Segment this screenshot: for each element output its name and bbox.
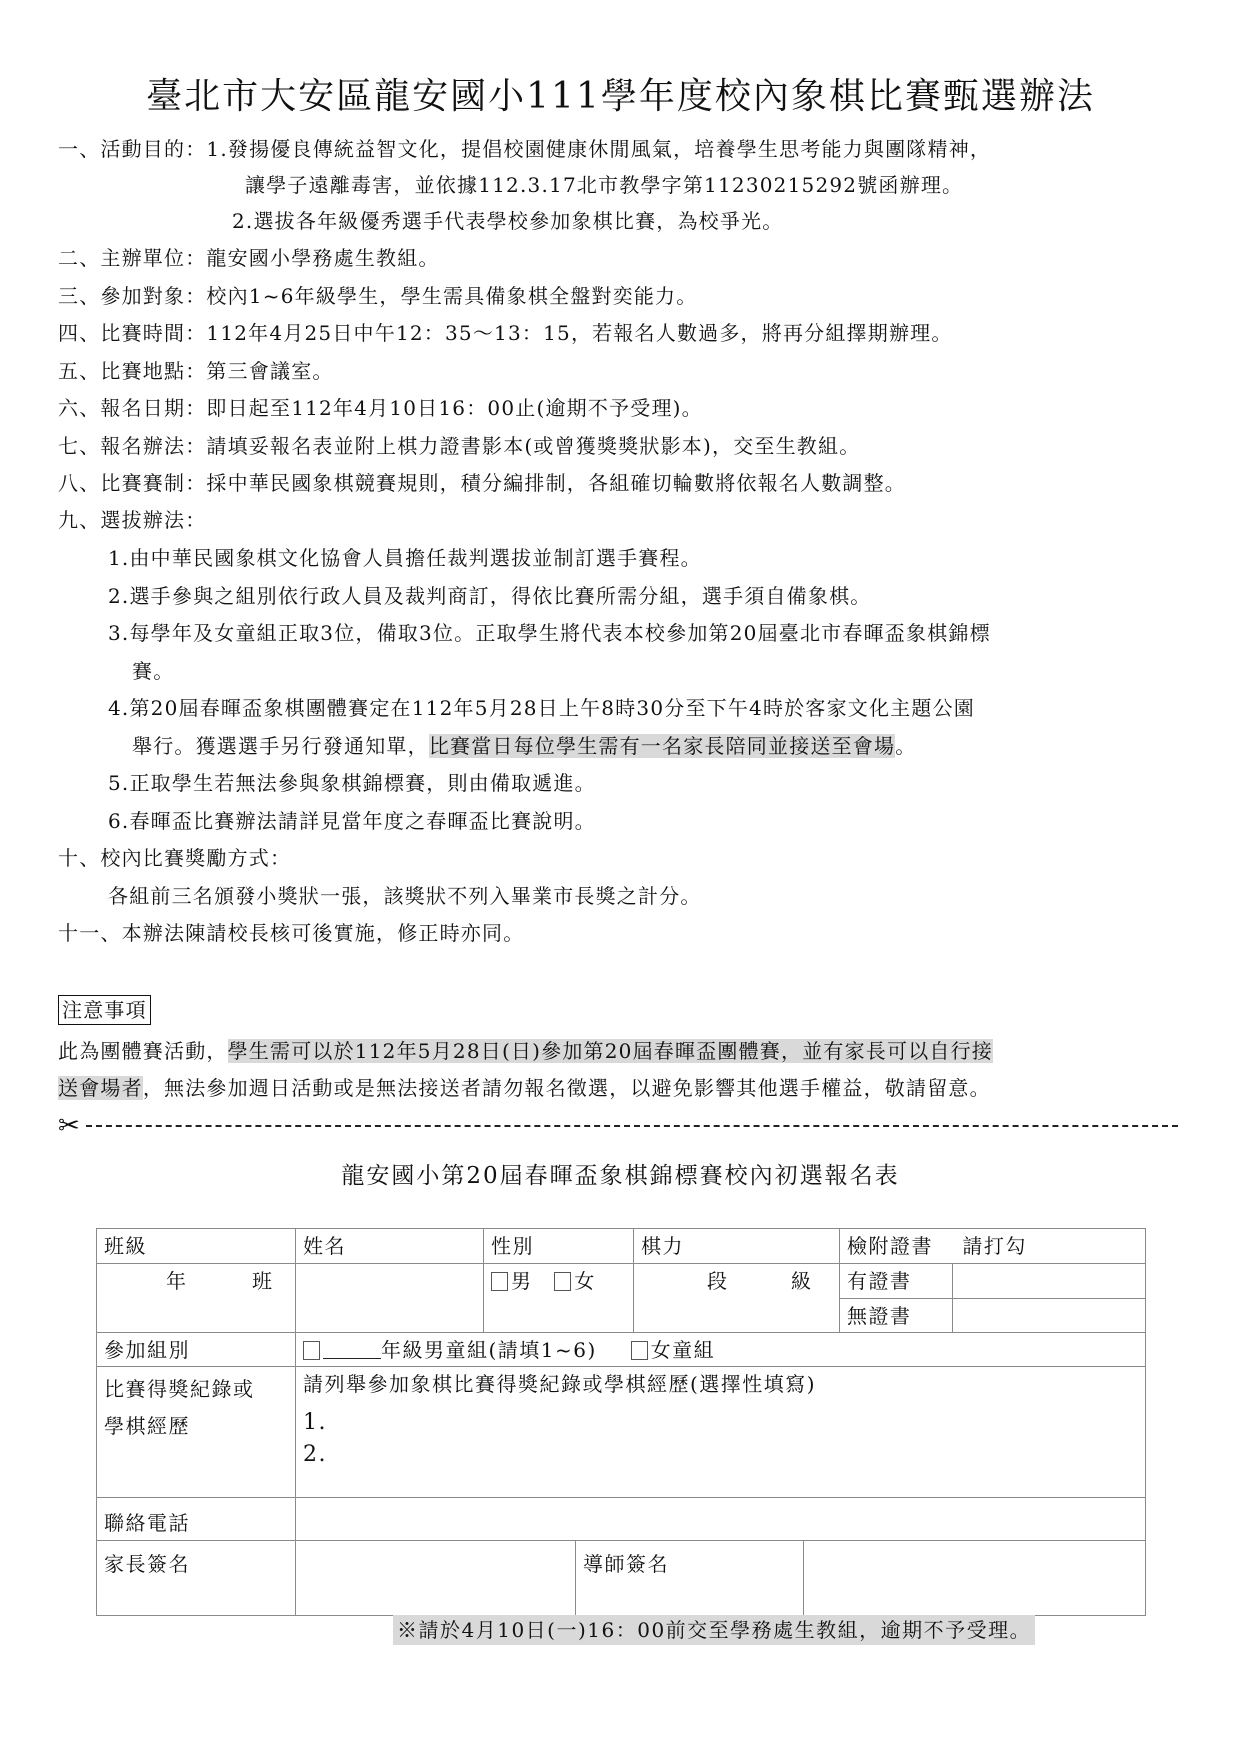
section-text: 採中華民國象棋競賽規則，積分編排制，各組確切輪數將依報名人數調整。 <box>206 471 906 495</box>
section-text: 112年4月25日中午12：35～13：15，若報名人數過多，將再分組擇期辦理。 <box>206 321 952 345</box>
section-purpose-line2: 讓學子遠離毒害，並依據112.3.17北市教學字第11230215292號函辦理… <box>245 172 963 198</box>
group-label: 參加組別 <box>96 1333 295 1367</box>
form-title: 龍安國小第20屆春暉盃象棋錦標賽校內初選報名表 <box>0 1160 1241 1192</box>
phone-label: 聯絡電話 <box>96 1506 295 1540</box>
dashed-divider <box>86 1125 1178 1127</box>
notice-plain: 此為團體賽活動， <box>58 1039 228 1063</box>
section-format: 八、比賽賽制：採中華民國象棋競賽規則，積分編排制，各組確切輪數將依報名人數調整。 <box>58 470 906 496</box>
gender-female-option[interactable]: 女 <box>554 1269 596 1293</box>
header-name: 姓名 <box>295 1229 483 1263</box>
section-text: 第三會議室。 <box>206 359 333 383</box>
section-text: 請填妥報名表並附上棋力證書影本(或曾獲獎獎狀影本)，交至生教組。 <box>206 434 860 458</box>
selection-item-3-cont: 賽。 <box>132 658 174 684</box>
scissors-icon: ✂ <box>58 1113 80 1139</box>
section-organizer: 二、主辦單位：龍安國小學務處生教組。 <box>58 245 440 271</box>
selection-item-4-end: 。 <box>895 734 916 758</box>
gender-options: 男 女 <box>483 1264 633 1298</box>
section-registration-date: 六、報名日期：即日起至112年4月10日16：00止(逾期不予受理)。 <box>58 395 703 421</box>
cut-line: ✂ <box>58 1113 1178 1139</box>
header-certificate: 檢附證書 請打勾 <box>839 1229 1145 1263</box>
record-prompt: 請列舉參加象棋比賽得獎紀錄或學棋經歷(選擇性填寫) <box>303 1371 1137 1397</box>
class-field[interactable]: 年 班 <box>96 1264 295 1332</box>
checkbox-female[interactable] <box>554 1272 571 1291</box>
teacher-signature-field[interactable] <box>803 1541 1145 1616</box>
selection-item-4: 4.第20屆春暉盃象棋團體賽定在112年5月28日上午8時30分至下午4時於客家… <box>108 695 975 721</box>
selection-item-3: 3.每學年及女童組正取3位，備取3位。正取學生將代表本校參加第20屆臺北市春暉盃… <box>108 620 991 646</box>
boys-group-label: 年級男童組(請填1~6) <box>381 1338 597 1362</box>
group-options: 年級男童組(請填1~6) 女童組 <box>295 1333 1145 1367</box>
submission-deadline-note: ※請於4月10日(一)16：00前交至學務處生教組，逾期不予受理。 <box>393 1615 1035 1645</box>
checkbox-boys-group[interactable] <box>303 1341 320 1360</box>
skill-field[interactable]: 段 級 <box>633 1264 839 1332</box>
section-text: 即日起至112年4月10日16：00止(逾期不予受理)。 <box>206 396 702 420</box>
document-title: 臺北市大安區龍安國小111學年度校內象棋比賽甄選辦法 <box>0 72 1241 122</box>
checkbox-girls-group[interactable] <box>631 1341 648 1360</box>
gender-male-option[interactable]: 男 <box>491 1269 533 1293</box>
selection-item-2: 2.選手參與之組別依行政人員及裁判商訂，得依比賽所需分組，選手須自備象棋。 <box>108 583 871 609</box>
checkbox-male[interactable] <box>491 1272 508 1291</box>
section-label: 五、比賽地點： <box>58 359 206 383</box>
section-awards-text: 各組前三名頒發小獎狀一張，該獎狀不列入畢業市長獎之計分。 <box>108 883 702 909</box>
section-purpose-line3: 2.選拔各年級優秀選手代表學校參加象棋比賽，為校爭光。 <box>232 208 783 234</box>
cert-yes-check[interactable] <box>952 1264 1145 1298</box>
section-time: 四、比賽時間：112年4月25日中午12：35～13：15，若報名人數過多，將再… <box>58 320 953 346</box>
section-label: 三、參加對象： <box>58 284 206 308</box>
section-text: 龍安國小學務處生教組。 <box>206 246 439 270</box>
section-label: 二、主辦單位： <box>58 246 206 270</box>
section-label: 六、報名日期： <box>58 396 206 420</box>
selection-item-1: 1.由中華民國象棋文化協會人員擔任裁判選拔並制訂選手賽程。 <box>108 545 702 571</box>
phone-input[interactable] <box>295 1498 1145 1540</box>
section-text: 1.發揚優良傳統益智文化，提倡校園健康休閒風氣，培養學生思考能力與團隊精神， <box>206 137 991 161</box>
notice-line-1: 此為團體賽活動，學生需可以於112年5月28日(日)參加第20屆春暉盃團體賽，並… <box>58 1038 993 1064</box>
header-class: 班級 <box>96 1229 295 1263</box>
section-registration-method: 七、報名辦法：請填妥報名表並附上棋力證書影本(或曾獲獎獎狀影本)，交至生教組。 <box>58 433 860 459</box>
header-gender: 性別 <box>483 1229 633 1263</box>
notice-highlight: 送會場者 <box>58 1076 143 1100</box>
cert-yes-label: 有證書 <box>839 1264 952 1298</box>
notice-line-2: 送會場者，無法參加週日活動或是無法接送者請勿報名徵選，以避免影響其他選手權益，敬… <box>58 1075 991 1101</box>
kyu-label: 級 <box>791 1268 813 1294</box>
grade-input[interactable] <box>323 1340 381 1359</box>
cert-no-label: 無證書 <box>839 1299 952 1333</box>
section-label: 四、比賽時間： <box>58 321 206 345</box>
parent-signature-field[interactable] <box>295 1541 575 1616</box>
section-participants: 三、參加對象：校內1~6年級學生，學生需具備象棋全盤對奕能力。 <box>58 283 697 309</box>
section-label: 八、比賽賽制： <box>58 471 206 495</box>
record-item-2: 2. <box>303 1440 1137 1470</box>
section-location: 五、比賽地點：第三會議室。 <box>58 358 334 384</box>
record-label-line2: 學棋經歷 <box>104 1408 287 1445</box>
section-label: 一、活動目的： <box>58 137 206 161</box>
selection-item-4-cont: 舉行。獲選選手另行發通知單，比賽當日每位學生需有一名家長陪同並接送至會場。 <box>132 733 916 759</box>
teacher-signature-label: 導師簽名 <box>575 1547 803 1581</box>
girls-group-label: 女童組 <box>651 1338 716 1362</box>
name-field[interactable] <box>295 1264 483 1332</box>
selection-item-5: 5.正取學生若無法參與象棋錦標賽，則由備取遞進。 <box>108 770 596 796</box>
notice-plain: ，無法參加週日活動或是無法接送者請勿報名徵選，以避免影響其他選手權益，敬請留意。 <box>143 1076 991 1100</box>
header-skill: 棋力 <box>633 1229 839 1263</box>
notice-highlight: 學生需可以於112年5月28日(日)參加第20屆春暉盃團體賽，並有家長可以自行接 <box>228 1039 993 1063</box>
record-field[interactable]: 請列舉參加象棋比賽得獎紀錄或學棋經歷(選擇性填寫) 1. 2. <box>295 1367 1145 1497</box>
section-selection-label: 九、選拔辦法： <box>58 507 206 533</box>
class-label: 班 <box>252 1268 274 1294</box>
section-label: 七、報名辦法： <box>58 434 206 458</box>
gender-male-label: 男 <box>511 1269 533 1293</box>
record-label-line1: 比賽得獎紀錄或 <box>104 1371 287 1408</box>
selection-item-4-plain: 舉行。獲選選手另行發通知單， <box>132 734 429 758</box>
parent-signature-label: 家長簽名 <box>96 1547 295 1581</box>
section-text: 校內1~6年級學生，學生需具備象棋全盤對奕能力。 <box>206 284 697 308</box>
section-awards-label: 十、校內比賽獎勵方式： <box>58 845 291 871</box>
cert-no-check[interactable] <box>952 1299 1145 1332</box>
gender-female-label: 女 <box>574 1269 596 1293</box>
selection-item-4-highlight: 比賽當日每位學生需有一名家長陪同並接送至會場 <box>429 734 895 758</box>
year-label: 年 <box>166 1268 188 1294</box>
record-label: 比賽得獎紀錄或 學棋經歷 <box>96 1367 295 1449</box>
dan-label: 段 <box>707 1268 729 1294</box>
notice-heading-box: 注意事項 <box>58 995 151 1025</box>
selection-item-6: 6.春暉盃比賽辦法請詳見當年度之春暉盃比賽說明。 <box>108 808 596 834</box>
notice-heading: 注意事項 <box>58 995 151 1025</box>
section-amendment: 十一、本辦法陳請校長核可後實施，修正時亦同。 <box>58 920 524 946</box>
section-purpose: 一、活動目的：1.發揚優良傳統益智文化，提倡校園健康休閒風氣，培養學生思考能力與… <box>58 136 991 162</box>
record-item-1: 1. <box>303 1406 1137 1440</box>
